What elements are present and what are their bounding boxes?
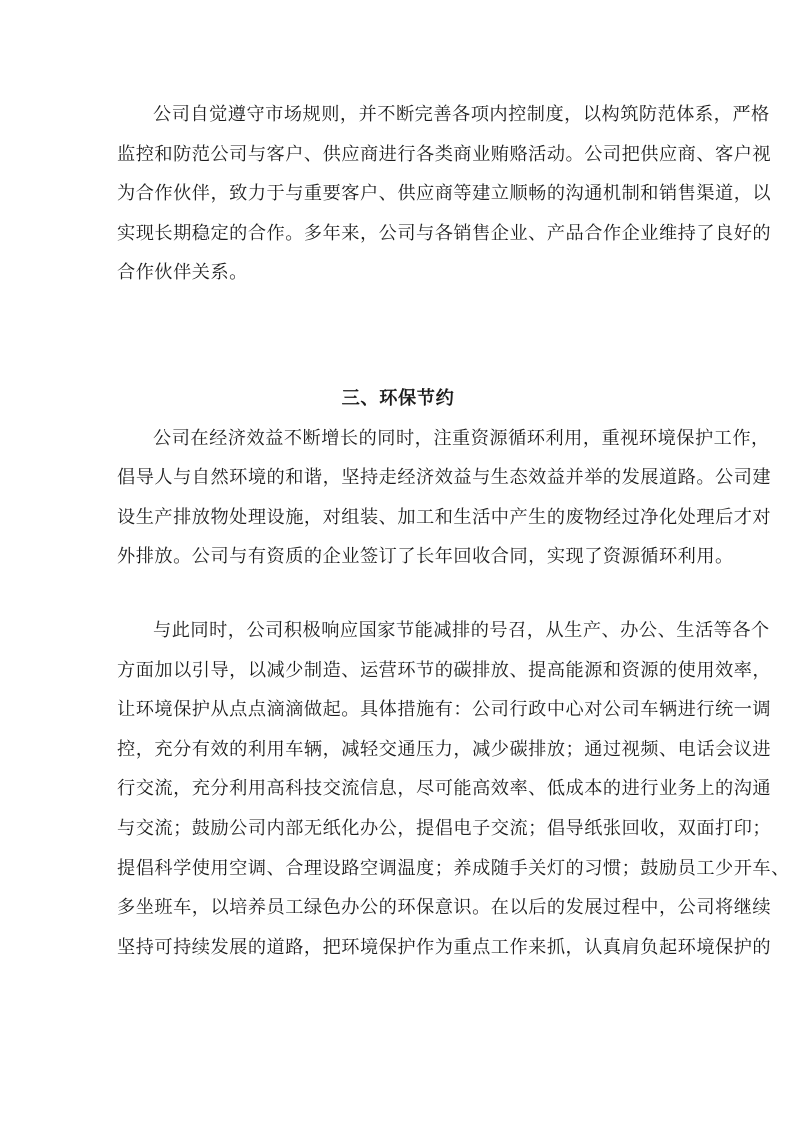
section-heading: 三、环保节约 xyxy=(117,379,679,419)
text-line: 与交流；鼓励公司内部无纸化办公，提倡电子交流；倡导纸张回收，双面打印； xyxy=(117,809,679,849)
paragraph-environment: 公司在经济效益不断增长的同时，注重资源循环利用，重视环境保护工作， 倡导人与自然… xyxy=(117,419,679,577)
text-line: 公司在经济效益不断增长的同时，注重资源循环利用，重视环境保护工作， xyxy=(117,419,679,459)
text-line: 公司自觉遵守市场规则，并不断完善各项内控制度，以构筑防范体系，严格 xyxy=(117,95,679,135)
text-line: 合作伙伴关系。 xyxy=(117,253,679,293)
text-line: 提倡科学使用空调、合理设路空调温度；养成随手关灯的习惯；鼓励员工少开车、 xyxy=(117,849,679,889)
paragraph-energy-saving: 与此同时，公司积极响应国家节能减排的号召，从生产、办公、生活等各个 方面加以引导… xyxy=(117,611,679,967)
paragraph-market-rules: 公司自觉遵守市场规则，并不断完善各项内控制度，以构筑防范体系，严格 监控和防范公… xyxy=(117,95,679,293)
text-line: 多坐班车，以培养员工绿色办公的环保意识。在以后的发展过程中，公司将继续 xyxy=(117,888,679,928)
text-line: 与此同时，公司积极响应国家节能减排的号召，从生产、办公、生活等各个 xyxy=(117,611,679,651)
text-line: 监控和防范公司与客户、供应商进行各类商业贿赂活动。公司把供应商、客户视 xyxy=(117,135,679,175)
text-line: 实现长期稳定的合作。多年来，公司与各销售企业、产品合作企业维持了良好的 xyxy=(117,214,679,254)
text-line: 控，充分有效的利用车辆，减轻交通压力，减少碳排放；通过视频、电话会议进 xyxy=(117,730,679,770)
text-line: 外排放。公司与有资质的企业签订了长年回收合同，实现了资源循环利用。 xyxy=(117,537,679,577)
text-line: 行交流，充分利用高科技交流信息，尽可能高效率、低成本的进行业务上的沟通 xyxy=(117,769,679,809)
text-line: 设生产排放物处理设施，对组装、加工和生活中产生的废物经过净化处理后才对 xyxy=(117,498,679,538)
document-page: 公司自觉遵守市场规则，并不断完善各项内控制度，以构筑防范体系，严格 监控和防范公… xyxy=(117,95,679,967)
text-line: 方面加以引导，以减少制造、运营环节的碳排放、提高能源和资源的使用效率， xyxy=(117,651,679,691)
text-line: 让环境保护从点点滴滴做起。具体措施有：公司行政中心对公司车辆进行统一调 xyxy=(117,690,679,730)
text-line: 坚持可持续发展的道路，把环境保护作为重点工作来抓，认真肩负起环境保护的 xyxy=(117,928,679,968)
text-line: 倡导人与自然环境的和谐，坚持走经济效益与生态效益并举的发展道路。公司建 xyxy=(117,458,679,498)
text-line: 为合作伙伴，致力于与重要客户、供应商等建立顺畅的沟通机制和销售渠道，以 xyxy=(117,174,679,214)
